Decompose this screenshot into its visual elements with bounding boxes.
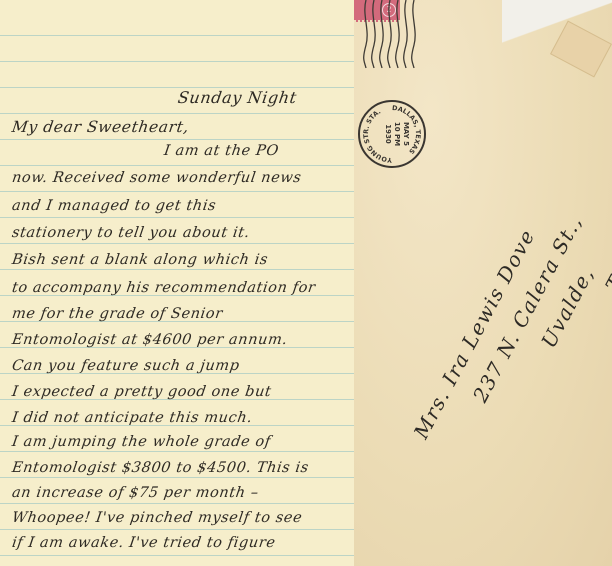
letter-line-2: now. Received some wonderful news: [11, 170, 303, 186]
letter-line-16: if I am awake. I've tried to figure: [11, 535, 277, 551]
letter-heading-day: Sunday Night: [177, 88, 298, 107]
letter-line-9: Can you feature such a jump: [11, 358, 241, 374]
postmark-circle: DALLAS, TEXAS YOUNG STR. STA. MAY 5 10 P…: [358, 100, 426, 168]
postmark-date-block: MAY 5 10 PM 1930: [374, 116, 410, 152]
postmark-year: 1930: [383, 116, 392, 152]
letter-salutation: My dear Sweetheart,: [11, 118, 191, 136]
letter-line-14: an increase of $75 per month –: [11, 485, 260, 501]
letter-line-15: Whoopee! I've pinched myself to see: [11, 510, 303, 526]
postmark-date: MAY 5: [401, 116, 410, 152]
cancellation-wavy-lines-icon: [362, 0, 422, 70]
letter-line-7: me for the grade of Senior: [11, 306, 224, 322]
address-state: Texas.: [600, 220, 612, 295]
letter-line-11: I did not anticipate this much.: [11, 410, 254, 426]
letter-line-5: Bish sent a blank along which is: [11, 252, 269, 268]
letter-line-13: Entomologist $3800 to $4500. This is: [11, 460, 310, 476]
letter-line-10: I expected a pretty good one but: [11, 384, 273, 400]
scanned-letter-and-envelope: Sunday Night My dear Sweetheart, I am at…: [0, 0, 612, 566]
letter-line-3: and I managed to get this: [11, 198, 217, 214]
envelope: 2 DALLAS, TEXAS YO: [354, 0, 612, 566]
letter-line-8: Entomologist at $4600 per annum.: [11, 332, 289, 348]
letter-line-12: I am jumping the whole grade of: [11, 434, 272, 450]
letter-line-6: to accompany his recommendation for: [11, 280, 317, 296]
handwritten-letter-page: Sunday Night My dear Sweetheart, I am at…: [0, 0, 354, 566]
postmark-time: 10 PM: [392, 116, 401, 152]
letter-line-4: stationery to tell you about it.: [11, 225, 251, 241]
letter-line-1: I am at the PO: [163, 143, 280, 159]
